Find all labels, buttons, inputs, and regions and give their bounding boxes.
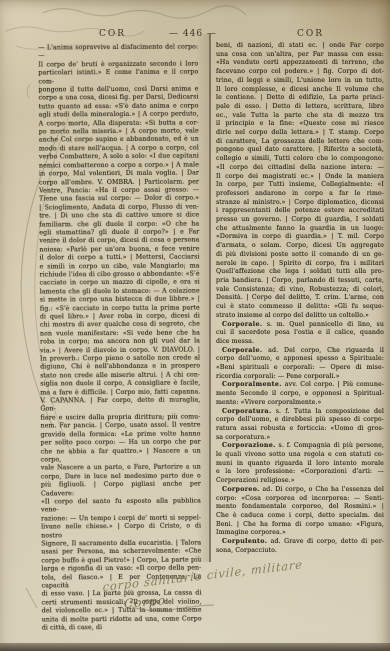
text-line: più figliuoli. | Corpo pigliasi anche pe… — [41, 481, 201, 499]
text-line: particolari istinti.» E come l'anima e i… — [38, 69, 198, 87]
text-line: le contiene. | Detto di edifizio, La par… — [216, 94, 384, 103]
text-line: nerale in capo. | Spirito di corpo, fra … — [216, 260, 384, 269]
text-line: e la loro professione: «Corporazioni d'a… — [216, 468, 384, 477]
text-line: unita di molte parti ridotte ad una, com… — [42, 615, 202, 624]
text-line: «Il corpo dei cittadini della nazione in… — [216, 164, 384, 173]
text-line: collegio e simili, Tutti coloro che lo c… — [216, 155, 384, 164]
entry-word: Corporeo. — [222, 486, 260, 493]
text-line: Corporazioni religiose.» — [216, 477, 384, 486]
text-line: mente: «Vivere corporalmente.» — [216, 399, 384, 408]
text-line: «Il corpo del santo fu esposto alla pubb… — [41, 497, 201, 515]
text-line: il principio e la fine: «Queste cose mi … — [216, 120, 384, 129]
text-line: Corporale. s. m. Quel pannicello di lino… — [216, 321, 384, 330]
text-line: che attualmente fanno la guardia in un l… — [216, 225, 384, 234]
text-line: d'armata, o solam. Corpo, dicesi Un aggr… — [216, 242, 384, 251]
text-line: Corporeo. ad. Di corpo, o Che ha l'essen… — [216, 486, 384, 495]
text-line: corpo: «Cosa corporea od incorporea: — S… — [216, 495, 384, 504]
column-divider-line — [209, 34, 211, 562]
text-line: cui è stato commesso il delitto: «Gli fu… — [216, 303, 384, 312]
text-line: Il corpo dei magistrati ec.» | Onde la m… — [216, 173, 384, 182]
text-line: Il loro complesso, e dicesi anche Il vol… — [216, 86, 384, 95]
text-line: sona, Corpacciuto. — [216, 547, 384, 556]
text-line: ec., vale Tutta la parte che sta di mezz… — [216, 112, 384, 121]
text-line: «Beni spirituali e corporali: — Opere di… — [216, 364, 384, 373]
text-line: professori andarono in corpo a far le ri… — [216, 190, 384, 199]
text-line: Corporatura. s. f. Tutta la composizione… — [216, 408, 384, 417]
text-line: trine, di leggi e simili, L'unione loro … — [216, 77, 384, 86]
text-line: strato insieme al corpo del delitto un c… — [216, 312, 384, 321]
entry-word: Corporatura. — [222, 408, 271, 415]
text-line: — L'anima sopravvive al disfacimento del… — [38, 44, 198, 62]
text-line: pale di esso. | Detto di lettera, scritt… — [216, 103, 384, 112]
text-line: Beni. | Che ha forma di corpo umano: «Fi… — [216, 521, 384, 530]
text-line: Che è caduca come i corpi, detto special… — [216, 512, 384, 521]
text-line: corpo dell'uomo, e direbbesi più spesso … — [216, 416, 384, 425]
text-line: corpo dell'uomo, e apponesi spesso a Spi… — [216, 355, 384, 364]
text-line: stranze al ministro.» | Corpo diplomatic… — [216, 199, 384, 208]
guide-word-right: COR — [297, 29, 324, 39]
text-line: le quali vivono sotto una regola e con s… — [216, 451, 384, 460]
text-line: Corporalmente. avv. Col corpo. | Più com… — [216, 381, 384, 390]
text-line: In corpo, per Tutti insieme, Collegialme… — [216, 181, 384, 190]
text-line: presso un governo. | Corpo di guardia, I… — [216, 216, 384, 225]
text-line: tre. | Di uno che sta di cattivo umore s… — [39, 212, 199, 221]
right-column-text: beni, di nazioni, di stati ec. | onde Fa… — [216, 42, 384, 555]
text-line: per solito poco corpo: — Ha un corpo che… — [41, 439, 201, 448]
photo-edge-strip — [0, 643, 390, 651]
text-line: «Ha venduto certi appezzamenti di terren… — [216, 59, 384, 68]
text-line: dice messa. — [216, 338, 384, 347]
text-line: muni in quanto riguarda il loro intento … — [216, 460, 384, 469]
text-line: beni, di nazioni, di stati ec. | onde Fa… — [216, 42, 384, 51]
scanned-dictionary-page: COR — 446 — COR — L'anima sopravvive al … — [0, 0, 390, 651]
text-line: i rappresentanti delle potenze estere ac… — [216, 207, 384, 216]
entry-word: Corporalmente. — [222, 381, 282, 388]
text-line: V. CAPANNA. | Far corpo, detto di muragl… — [40, 397, 200, 415]
entry-word: Corpulento. — [222, 538, 267, 545]
text-line: Quell'affezione che lega i soldati tutti… — [216, 268, 384, 277]
text-line: Corporazione. s. f. Compagnia di più per… — [216, 442, 384, 451]
entry-word: Corporazione. — [222, 442, 276, 449]
text-line: pria bandiera. | Corpo, parlando di tess… — [216, 277, 384, 286]
text-line: mento fondamentale corporeo, del Rosmini… — [216, 503, 384, 512]
text-line: dirle nel corpo della lettera.» | T. sta… — [216, 129, 384, 138]
text-line: livano nelle chiese.» | Corpo di Cristo,… — [41, 523, 201, 541]
text-line: una cosa con un'altra, per Far massa con… — [216, 51, 384, 60]
text-line: Corporale. ad. Del corpo, Che riguarda i… — [216, 347, 384, 356]
text-line: in corpo, Mal volentieri, Di mala voglia… — [39, 170, 199, 179]
entry-word: Corporale. — [222, 347, 262, 354]
text-line: facevano corpo col podere.» | fig. Corpo… — [216, 68, 384, 77]
guide-word-left: COR — [99, 29, 126, 39]
text-line: cui il sacerdote posa l'ostia e il calic… — [216, 329, 384, 338]
text-line: mente Secondo il corpo, e opponesi a Spi… — [216, 390, 384, 399]
text-line: Immagine corporea.» — [216, 529, 384, 538]
text-line: ratura assai robusta e forticcia: «Uomo … — [216, 425, 384, 434]
text-line: di più divisioni poste sotto il comando … — [216, 251, 384, 260]
text-line: che ne abbia a far quattro.» | Nascere a… — [41, 447, 201, 465]
text-line: Densità. | Corpo del delitto, T. crim. L… — [216, 294, 384, 303]
entry-word: Corporale. — [222, 321, 262, 328]
left-column-text: — L'anima sopravvive al disfacimento del… — [38, 44, 202, 633]
page-number: — 446 — — [169, 29, 217, 39]
text-line: pongono quel dato carattere. | Riferito … — [216, 146, 384, 155]
text-line: di città, di case, di — [42, 624, 202, 633]
text-line: «Dormiva in corpo di guardia.» | T. mil.… — [216, 233, 384, 242]
text-line: Corpulento. ad. Grave di corpo, detto di… — [216, 538, 384, 547]
